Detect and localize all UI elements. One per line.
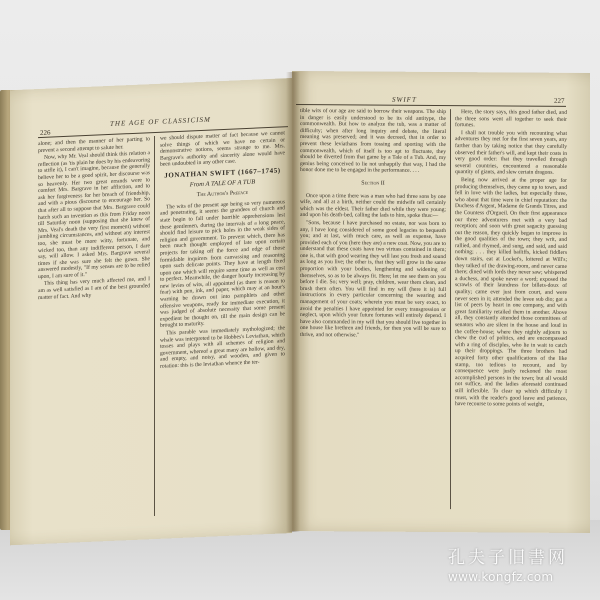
- paragraph: Once upon a time there was a man who had…: [300, 193, 446, 220]
- right-page: SWIFT 227 tible wits of our age are said…: [292, 71, 590, 533]
- book-spine-gutter: [286, 72, 300, 532]
- paragraph: Being now arrived at the proper age for …: [455, 177, 567, 409]
- right-column-1: tible wits of our age are said to borrow…: [300, 108, 446, 341]
- paragraph: This thing has very much affected me, an…: [38, 277, 150, 302]
- right-page-number: 227: [554, 97, 565, 105]
- right-running-head: SWIFT: [392, 96, 417, 104]
- left-column-2: we should dispute matter of fact because…: [160, 130, 285, 371]
- watermark: 孔夫子旧書网 www.kongfz.com: [448, 543, 568, 584]
- open-book: 226 THE AGE OF CLASSICISM alone; and the…: [0, 66, 590, 536]
- right-header-rule: [296, 104, 566, 107]
- left-running-head: THE AGE OF CLASSICISM: [110, 116, 211, 128]
- left-column-divider: [154, 136, 155, 516]
- section-label: Section II: [300, 180, 446, 188]
- paragraph: The wits of the present age being so ver…: [160, 199, 285, 330]
- right-column-2: Here, the story says, this good father d…: [455, 109, 567, 410]
- paragraph: Here, the story says, this good father d…: [455, 109, 567, 130]
- paragraph: tible wits of our age are said to borrow…: [300, 108, 446, 175]
- left-column-1: alone; and then the manner of her partin…: [38, 136, 150, 302]
- work-title: From A TALE OF A TUB: [160, 178, 285, 190]
- paragraph: This parable was immediately mythologize…: [160, 325, 285, 370]
- author-heading: JONATHAN SWIFT (1667–1745): [160, 167, 285, 179]
- subsection-title: The Author's Preface: [160, 188, 285, 200]
- watermark-url: www.kongfz.com: [448, 570, 568, 584]
- left-page: 226 THE AGE OF CLASSICISM alone; and the…: [10, 78, 292, 545]
- paragraph: I shall not trouble you with recounting …: [455, 130, 567, 177]
- paragraph: "Sons, because I have purchased no estat…: [300, 220, 446, 340]
- paragraph: we should dispute matter of fact because…: [160, 130, 285, 168]
- right-column-divider: [450, 109, 451, 509]
- watermark-chinese: 孔夫子旧書网: [448, 543, 568, 568]
- paragraph: Now, why Mr. Veal should think this rela…: [38, 150, 150, 280]
